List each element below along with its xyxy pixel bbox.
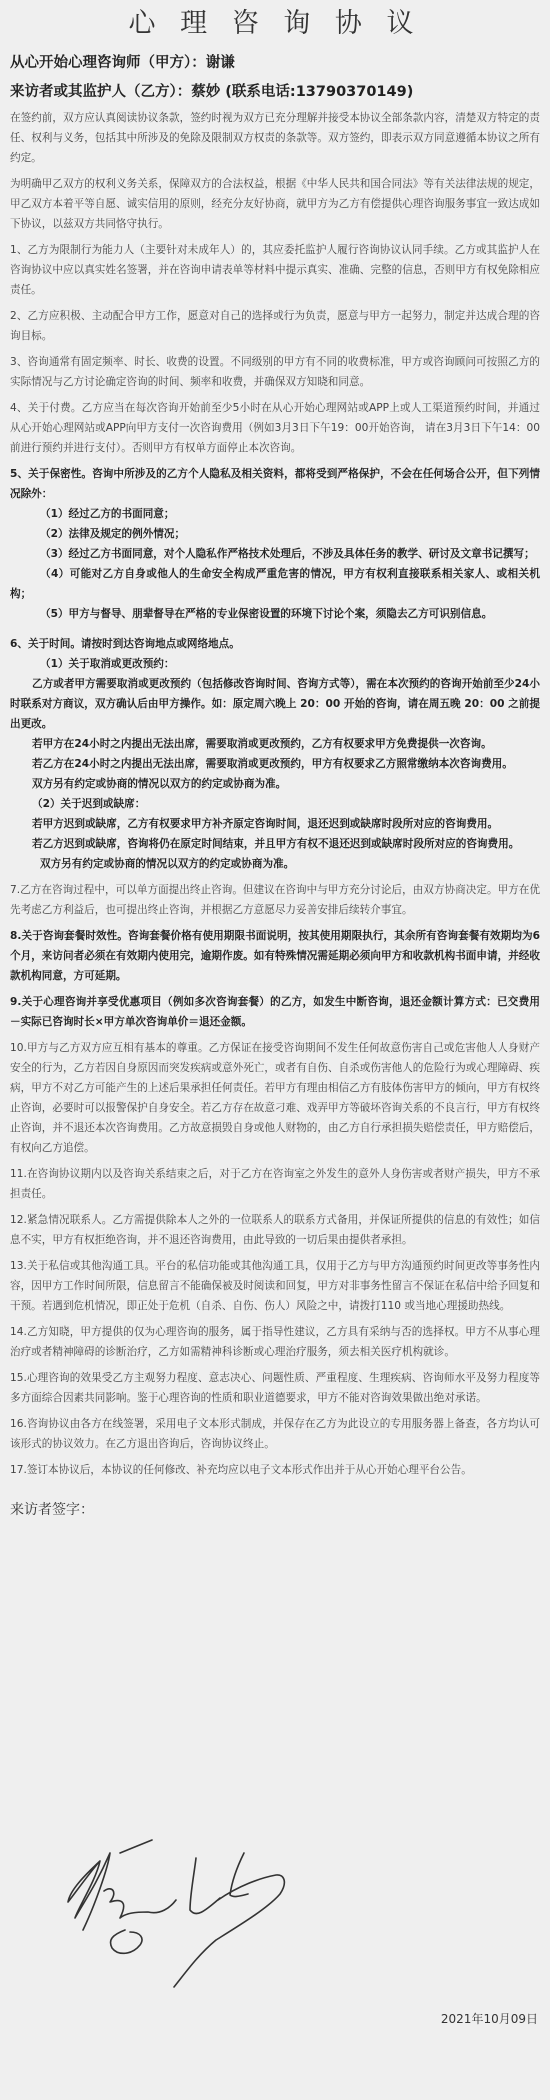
clause-6-sub2-title: （2）关于迟到或缺席： — [10, 794, 540, 814]
clause-10: 10.甲方与乙方双方应互相有基本的尊重。乙方保证在接受咨询期间不发生任何故意伤害… — [10, 1038, 540, 1158]
clause-5-item: （4）可能对乙方自身或他人的生命安全构成严重危害的情况，甲方有权利直接联系相关家… — [10, 564, 540, 604]
page-title: 心 理 咨 询 协 议 — [10, 0, 540, 44]
clause-5-confidentiality: 5、关于保密性。咨询中所涉及的乙方个人隐私及相关资料，都将受到严格保护，不会在任… — [10, 464, 540, 624]
clause-5-item: （3）经过乙方书面同意，对个人隐私作严格技术处理后，不涉及具体任务的教学、研讨及… — [10, 544, 540, 564]
clause-8: 8.关于咨询套餐时效性。咨询套餐价格有使用期限书面说明，按其使用期限执行，其余所… — [10, 926, 540, 986]
clause-5-item: （2）法律及规定的例外情况； — [10, 524, 540, 544]
clause-6-sub2-line: 若甲方迟到或缺席，乙方有权要求甲方补齐原定咨询时间，退还迟到或缺席时段所对应的咨… — [10, 814, 540, 834]
clause-4: 4、关于付费。乙方应当在每次咨询开始前至少5小时在从心开始心理网站或APP上或人… — [10, 398, 540, 458]
clause-16: 16.咨询协议由各方在线签署，采用电子文本形式制成，并保存在乙方为此设立的专用服… — [10, 1414, 540, 1454]
clause-5-item: （5）甲方与督导、朋辈督导在严格的专业保密设置的环境下讨论个案，须隐去乙方可识别… — [10, 604, 540, 624]
clause-6-sub1-title: （1）关于取消或更改预约： — [10, 654, 540, 674]
clause-6-sub1-line: 若甲方在24小时之内提出无法出席，需要取消或更改预约，乙方有权要求甲方免费提供一… — [10, 734, 540, 754]
clause-5-item: （1）经过乙方的书面同意； — [10, 504, 540, 524]
clause-9: 9.关于心理咨询并享受优惠项目（例如多次咨询套餐）的乙方，如发生中断咨询，退还金… — [10, 992, 540, 1032]
party-b-line: 来访者或其监护人（乙方）：蔡妙 (联系电话:13790370149) — [10, 82, 540, 102]
clause-6-sub1-line: 双方另有约定或协商的情况以双方的约定或协商为准。 — [10, 774, 540, 794]
signing-date: 2021年10月09日 — [441, 2010, 538, 2027]
clause-7: 7.乙方在咨询过程中，可以单方面提出终止咨询。但建议在咨询中与甲方充分讨论后，由… — [10, 880, 540, 920]
clause-6-sub1-line: 乙方或者甲方需要取消或更改预约（包括修改咨询时间、咨询方式等），需在本次预约的咨… — [10, 674, 540, 734]
clause-6-sub2-line: 双方另有约定或协商的情况以双方的约定或协商为准。 — [10, 854, 540, 874]
clause-6-sub2-line: 若乙方迟到或缺席，咨询将仍在原定时间结束，并且甲方有权不退还迟到或缺席时段所对应… — [10, 834, 540, 854]
clause-14: 14.乙方知晓，甲方提供的仅为心理咨询的服务，属于指导性建议，乙方具有采纳与否的… — [10, 1322, 540, 1362]
clause-12: 12.紧急情况联系人。乙方需提供除本人之外的一位联系人的联系方式备用，并保证所提… — [10, 1210, 540, 1250]
intro-paragraph-1: 在签约前，双方应认真阅读协议条款，签约时视为双方已充分理解并接受本协议全部条款内… — [10, 108, 540, 168]
clause-17: 17.签订本协议后，本协议的任何修改、补充均应以电子文本形式作出并于从心开始心理… — [10, 1460, 540, 1480]
clause-5-head: 5、关于保密性。咨询中所涉及的乙方个人隐私及相关资料，都将受到严格保护，不会在任… — [10, 464, 540, 504]
handwritten-signature-icon — [0, 1790, 550, 1990]
clause-2: 2、乙方应积极、主动配合甲方工作，愿意对自己的选择或行为负责，愿意与甲方一起努力… — [10, 306, 540, 346]
clause-6-head: 6、关于时间。请按时到达咨询地点或网络地点。 — [10, 634, 540, 654]
clause-6-time: 6、关于时间。请按时到达咨询地点或网络地点。 （1）关于取消或更改预约： 乙方或… — [10, 634, 540, 874]
clause-15: 15.心理咨询的效果受乙方主观努力程度、意志决心、问题性质、严重程度、生理疾病、… — [10, 1368, 540, 1408]
clause-13: 13.关于私信或其他沟通工具。平台的私信功能或其他沟通工具，仅用于乙方与甲方沟通… — [10, 1256, 540, 1316]
clause-6-sub1-line: 若乙方在24小时之内提出无法出席，需要取消或更改预约，甲方有权要求乙方照常缴纳本… — [10, 754, 540, 774]
clause-11: 11.在咨询协议期内以及咨询关系结束之后，对于乙方在咨询室之外发生的意外人身伤害… — [10, 1164, 540, 1204]
agreement-document: 心 理 咨 询 协 议 从心开始心理咨询师（甲方）：谢谦 来访者或其监护人（乙方… — [0, 0, 550, 1520]
clause-3: 3、咨询通常有固定频率、时长、收费的设置。不同级别的甲方有不同的收费标准，甲方或… — [10, 352, 540, 392]
signature-label: 来访者签字： — [10, 1500, 540, 1520]
party-a-line: 从心开始心理咨询师（甲方）：谢谦 — [10, 53, 540, 73]
clause-1: 1、乙方为限制行为能力人（主要针对未成年人）的，其应委托监护人履行咨询协议认同手… — [10, 240, 540, 300]
intro-paragraph-2: 为明确甲乙双方的权利义务关系，保障双方的合法权益，根据《中华人民共和国合同法》等… — [10, 174, 540, 234]
